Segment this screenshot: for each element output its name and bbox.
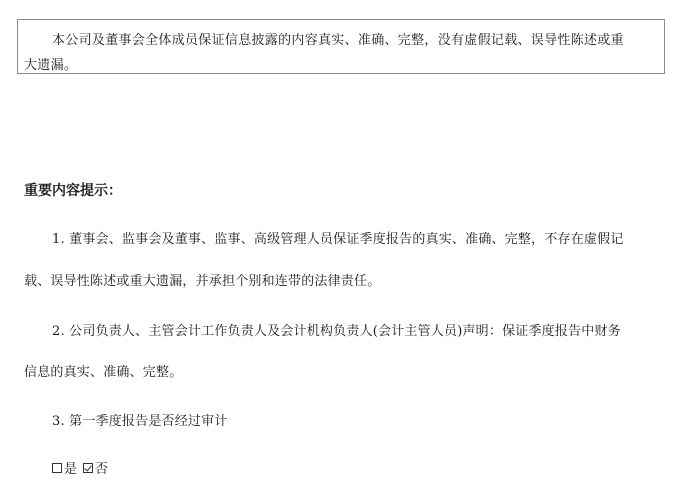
audit-options: 是 否 — [52, 458, 108, 477]
item-1-line-1: 1. 董事会、监事会及董事、监事、高级管理人员保证季度报告的真实、准确、完整，不… — [52, 228, 624, 247]
checked-box-icon[interactable] — [83, 463, 93, 473]
notice-text-line-1: 本公司及董事会全体成员保证信息披露的内容真实、准确、完整，没有虚假记载、误导性陈… — [52, 29, 624, 48]
notice-text-line-2: 大遗漏。 — [24, 54, 77, 73]
item-3-question: 3. 第一季度报告是否经过审计 — [52, 410, 228, 429]
item-1-line-2: 载、误导性陈述或重大遗漏，并承担个别和连带的法律责任。 — [24, 270, 380, 289]
item-2-line-2: 信息的真实、准确、完整。 — [24, 361, 182, 380]
section-heading: 重要内容提示： — [24, 180, 122, 200]
option-no-label: 否 — [95, 458, 108, 477]
item-2-line-1: 2. 公司负责人、主管会计工作负责人及会计机构负责人(会计主管人员)声明：保证季… — [52, 320, 621, 339]
unchecked-box-icon[interactable] — [52, 463, 62, 473]
option-yes-label: 是 — [64, 458, 77, 477]
option-no[interactable]: 否 — [83, 458, 108, 477]
option-yes[interactable]: 是 — [52, 458, 77, 477]
